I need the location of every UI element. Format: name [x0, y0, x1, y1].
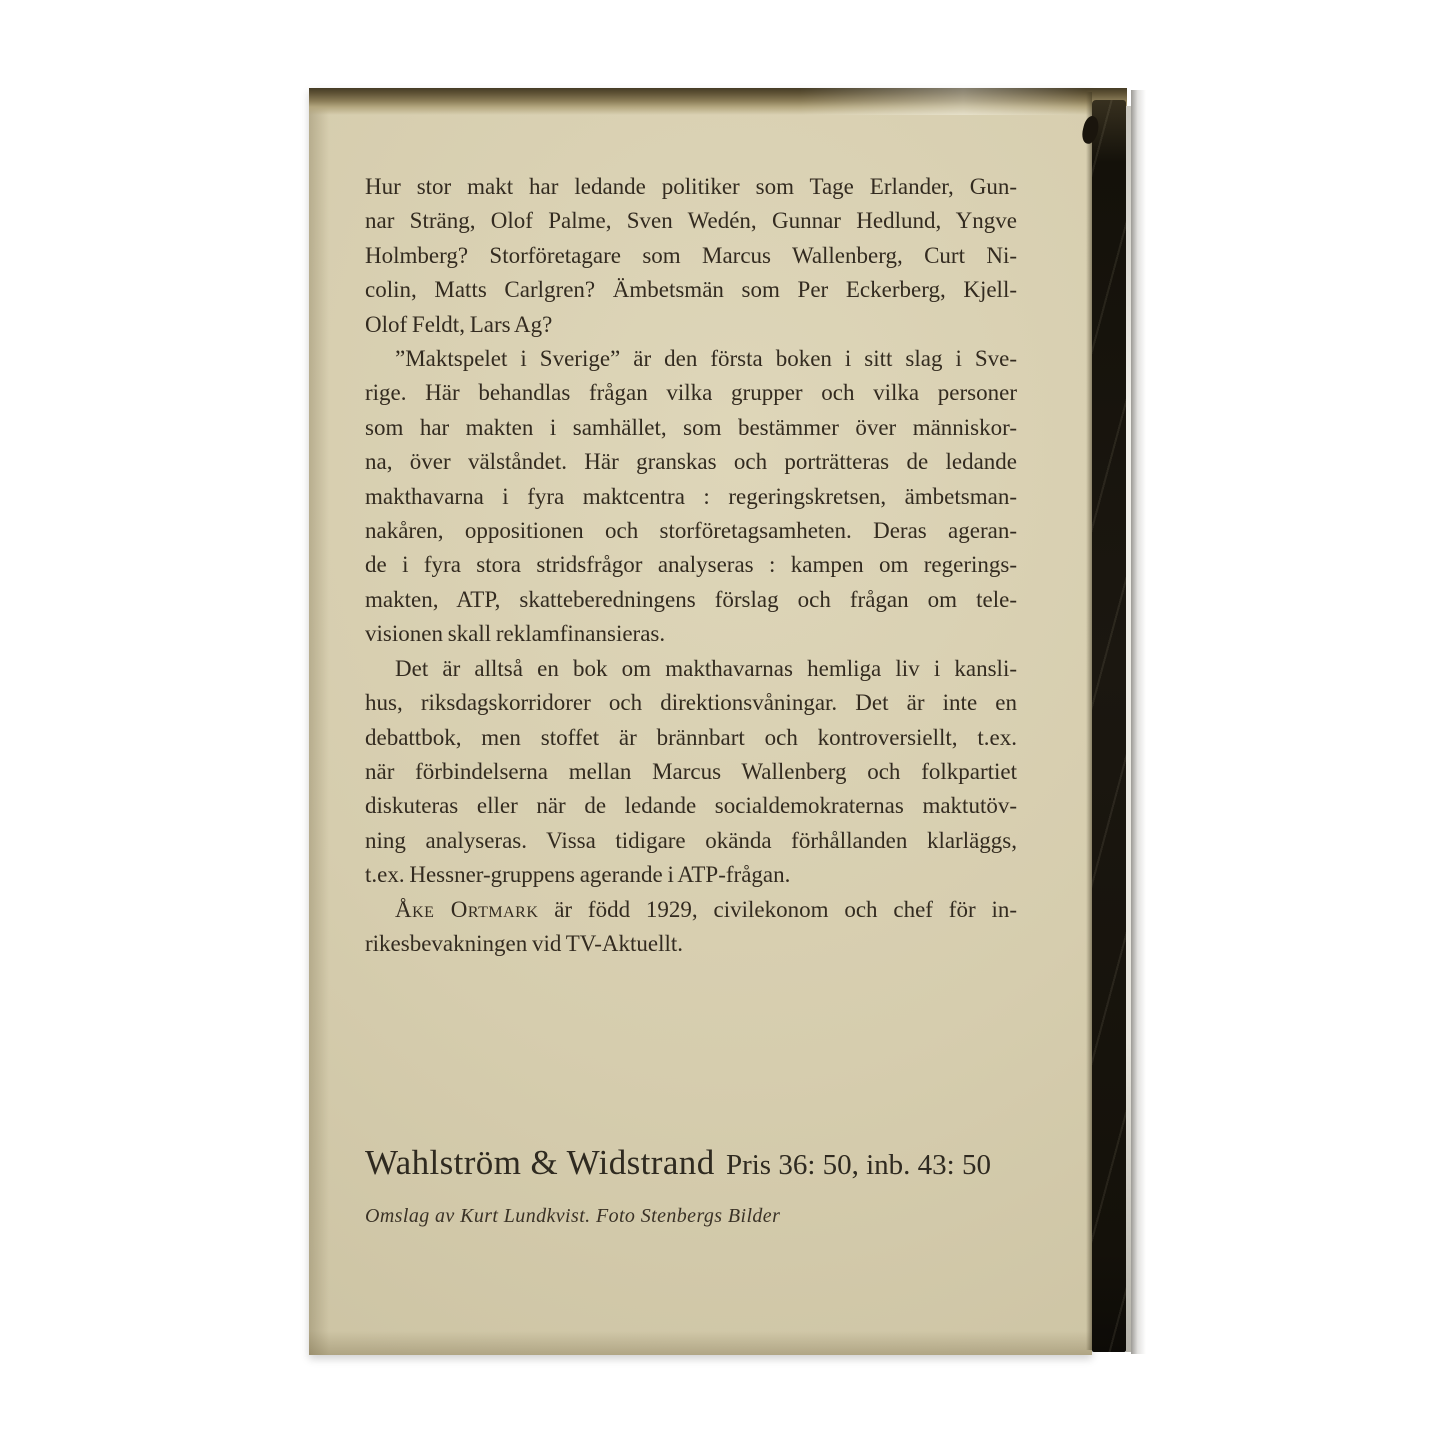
photo-background: { "photo": { "background_color": "#fffff… [0, 0, 1445, 1445]
scene: Hur stor makt har ledande politiker som … [0, 0, 1445, 1445]
text-line: ning analyseras. Vissa tidigare okända f… [365, 824, 1017, 858]
text-line: som har makten i samhället, som bestämme… [365, 411, 1017, 445]
book-spine-edge [1092, 100, 1126, 1352]
text-line: Åke Ortmark är född 1929, civilekonom oc… [365, 893, 1017, 927]
text-line: rige. Här behandlas frågan vilka grupper… [365, 376, 1017, 410]
text-line: hus, riksdagskorridorer och direktionsvå… [365, 686, 1017, 720]
jacket-bottom-edge [309, 1331, 1092, 1355]
text-line: na, över välståndet. Här granskas och po… [365, 445, 1017, 479]
text-line: nar Sträng, Olof Palme, Sven Wedén, Gunn… [365, 204, 1017, 238]
jacket-top-edge [309, 88, 1127, 115]
text-line: debattbok, men stoffet är brännbart och … [365, 721, 1017, 755]
text-line: Hur stor makt har ledande politiker som … [365, 170, 1017, 204]
publisher-name: Wahlström & Widstrand [365, 1143, 715, 1183]
text-segment: är född 1929, civilekonom och chef för i… [538, 897, 1017, 922]
text-line: ”Maktspelet i Sverige” är den första bok… [365, 342, 1017, 376]
blurb-text: Hur stor makt har ledande politiker som … [365, 170, 1017, 961]
text-line: nakåren, oppositionen och storföretagsam… [365, 514, 1017, 548]
jacket-back-panel: Hur stor makt har ledande politiker som … [309, 88, 1092, 1355]
jacket-left-edge [309, 88, 329, 1355]
publisher-row: Wahlström & Widstrand Pris 36: 50, inb. … [365, 1143, 991, 1183]
text-line: när förbindelserna mellan Marcus Wallenb… [365, 755, 1017, 789]
text-line: Olof Feldt, Lars Ag? [365, 308, 1017, 342]
text-line: diskuteras eller när de ledande socialde… [365, 789, 1017, 823]
cover-credit: Omslag av Kurt Lundkvist. Foto Stenbergs… [365, 1205, 780, 1228]
text-line: Holmberg? Storföretagare som Marcus Wall… [365, 239, 1017, 273]
price-text: Pris 36: 50, inb. 43: 50 [726, 1149, 991, 1182]
book-right-shadow [1131, 90, 1146, 1354]
text-line: rikesbevakningen vid TV-Aktuellt. [365, 927, 1017, 961]
text-line: t.ex. Hessner-gruppens agerande i ATP-fr… [365, 858, 1017, 892]
author-name-smallcaps: Åke Ortmark [395, 897, 538, 922]
text-line: colin, Matts Carlgren? Ämbetsmän som Per… [365, 273, 1017, 307]
text-line: visionen skall reklamfinansieras. [365, 617, 1017, 651]
text-line: Det är alltså en bok om makthavarnas hem… [365, 652, 1017, 686]
text-line: makthavarna i fyra maktcentra : regering… [365, 480, 1017, 514]
book-back-cover: Hur stor makt har ledande politiker som … [309, 88, 1145, 1356]
text-line: makten, ATP, skatteberedningens förslag … [365, 583, 1017, 617]
text-line: de i fyra stora stridsfrågor analyseras … [365, 548, 1017, 582]
